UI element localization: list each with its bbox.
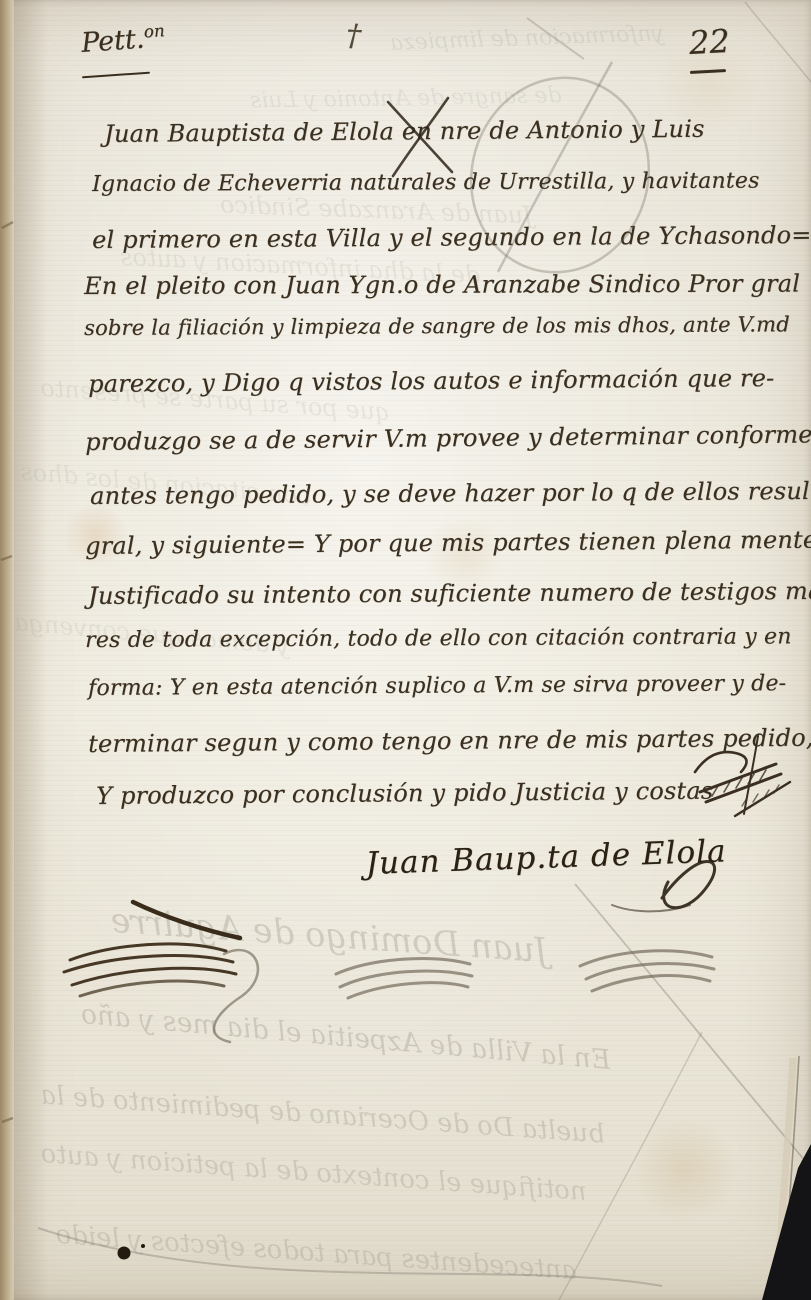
- folio-number: 22: [688, 22, 731, 62]
- manuscript-scan: ynformacion de limpieza de sangre de Ant…: [0, 0, 811, 1300]
- manuscript-line: antes tengo pedido, y se deve hazer por …: [90, 477, 811, 510]
- manuscript-line: Y produzco por conclusión y pido Justici…: [96, 777, 713, 810]
- manuscript-line: Ignacio de Echeverria naturales de Urres…: [92, 169, 760, 197]
- document-type-superscript: on: [143, 20, 165, 41]
- invocation-cross: †: [345, 18, 362, 54]
- manuscript-line: el primero en esta Villa y el segundo en…: [92, 221, 811, 254]
- document-type-text: Pett.: [80, 24, 145, 59]
- manuscript-line: forma: Y en esta atención suplico a V.m …: [88, 671, 786, 701]
- manuscript-line: Juan Bauptista de Elola en nre de Antoni…: [104, 115, 705, 148]
- manuscript-line: En el pleito con Juan Ygn.o de Aranzabe …: [84, 270, 800, 300]
- document-type-label: Pett.on: [80, 20, 166, 59]
- manuscript-line: sobre la filiación y limpieza de sangre …: [84, 312, 790, 340]
- binding-edge: [0, 0, 15, 1300]
- manuscript-line: res de toda excepción, todo de ello con …: [85, 624, 792, 653]
- manuscript-line: parezco, y Digo q vistos los autos e inf…: [88, 364, 774, 398]
- manuscript-line: Justificado su intento con suficiente nu…: [88, 577, 811, 610]
